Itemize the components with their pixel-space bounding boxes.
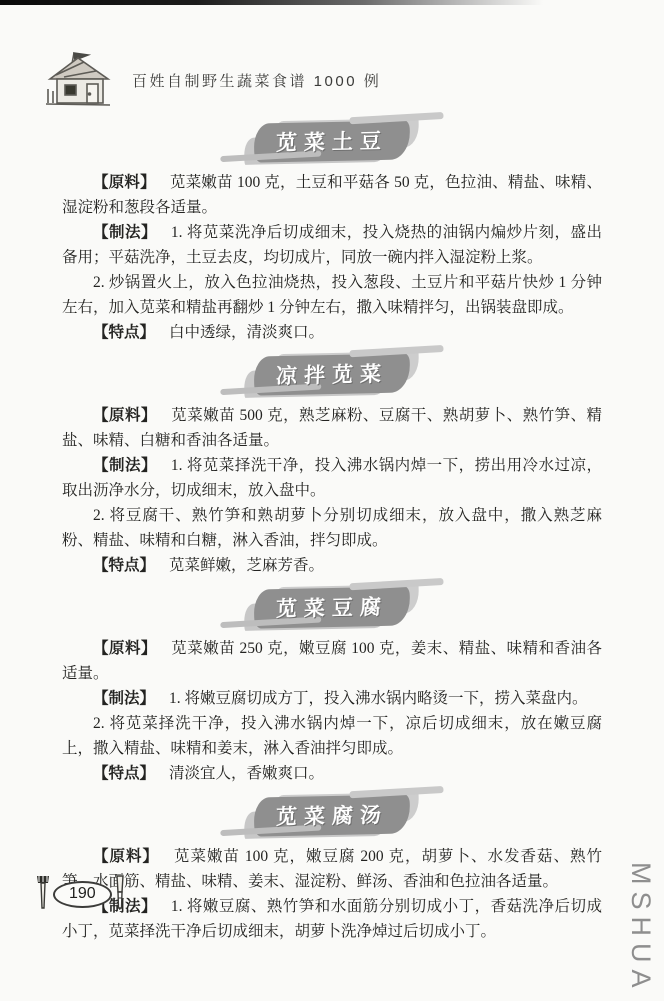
method-step-text: 1. 将嫩豆腐切成方丁，投入沸水锅内略烫一下，捞入菜盘内。 xyxy=(169,690,588,707)
watermark-text: MSHUA xyxy=(625,862,656,995)
features-text: 苋菜鲜嫩，芝麻芳香。 xyxy=(169,557,324,574)
knife-icon xyxy=(113,874,127,915)
ingredients-paragraph: 【原料】苋菜嫩苗 250 克，嫩豆腐 100 克，姜末、精盐、味精和香油各适量。 xyxy=(62,636,602,686)
features-label: 【特点】 xyxy=(93,557,155,574)
ingredients-paragraph: 【原料】苋菜嫩苗 100 克，嫩豆腐 200 克，胡萝卜、水发香菇、熟竹笋、水面… xyxy=(62,844,602,894)
book-title: 百姓自制野生蔬菜食谱 1000 例 xyxy=(132,70,381,91)
features-paragraph: 【特点】苋菜鲜嫩，芝麻芳香。 xyxy=(62,553,602,578)
method-step-paragraph: 2. 炒锅置火上，放入色拉油烧热，投入葱段、土豆片和平菇片快炒 1 分钟左右，加… xyxy=(62,270,602,320)
page-header: 百姓自制野生蔬菜食谱 1000 例 xyxy=(44,52,602,108)
page-content: 百姓自制野生蔬菜食谱 1000 例 苋菜土豆 【原料】苋菜嫩苗 100 克，土豆… xyxy=(62,52,602,944)
ingredients-label: 【原料】 xyxy=(93,848,159,865)
method-paragraph: 【制法】1. 将苋菜择洗干净，投入沸水锅内焯一下，捞出用冷水过凉，取出沥净水分，… xyxy=(62,453,602,503)
recipe-title-banner: 苋菜腐汤 xyxy=(62,796,602,836)
house-doodle-icon xyxy=(44,49,116,112)
features-label: 【特点】 xyxy=(93,324,155,341)
recipe-title-banner: 苋菜豆腐 xyxy=(62,588,602,628)
method-label: 【制法】 xyxy=(93,224,157,241)
recipe-title-banner: 凉拌苋菜 xyxy=(62,355,602,395)
ingredients-paragraph: 【原料】苋菜嫩苗 500 克，熟芝麻粉、豆腐干、熟胡萝卜、熟竹笋、精盐、味精、白… xyxy=(62,403,602,453)
recipe-title: 苋菜腐汤 xyxy=(276,799,389,831)
features-text: 白中透绿，清淡爽口。 xyxy=(169,324,324,341)
method-paragraph: 【制法】1. 将嫩豆腐切成方丁，投入沸水锅内略烫一下，捞入菜盘内。 xyxy=(62,686,602,711)
method-step-text: 2. 将豆腐干、熟竹笋和熟胡萝卜分别切成细末，放入盘中，撒入熟芝麻粉、精盐、味精… xyxy=(62,507,602,549)
recipe-title: 苋菜豆腐 xyxy=(276,591,389,623)
scan-artifact-top-line xyxy=(0,0,560,5)
method-step-paragraph: 2. 将豆腐干、熟竹笋和熟胡萝卜分别切成细末，放入盘中，撒入熟芝麻粉、精盐、味精… xyxy=(62,503,602,553)
features-text: 清淡宜人，香嫩爽口。 xyxy=(169,765,324,782)
method-step-text: 2. 炒锅置火上，放入色拉油烧热，投入葱段、土豆片和平菇片快炒 1 分钟左右，加… xyxy=(62,274,602,316)
features-label: 【特点】 xyxy=(93,765,155,782)
recipe-title: 苋菜土豆 xyxy=(276,125,389,157)
method-paragraph: 【制法】1. 将苋菜洗净后切成细末，投入烧热的油锅内煸炒片刻，盛出备用；平菇洗净… xyxy=(62,220,602,270)
method-step-text: 2. 将苋菜择洗干净，投入沸水锅内焯一下，凉后切成细末，放在嫩豆腐上，撒入精盐、… xyxy=(62,715,602,757)
ingredients-label: 【原料】 xyxy=(93,174,156,191)
method-label: 【制法】 xyxy=(93,690,155,707)
features-paragraph: 【特点】清淡宜人，香嫩爽口。 xyxy=(62,761,602,786)
recipe-title: 凉拌苋菜 xyxy=(276,358,389,390)
ingredients-label: 【原料】 xyxy=(93,640,157,657)
ingredients-label: 【原料】 xyxy=(93,407,157,424)
method-label: 【制法】 xyxy=(93,457,157,474)
method-paragraph: 【制法】1. 将嫩豆腐、熟竹笋和水面筋分别切成小丁，香菇洗净后切成小丁，苋菜择洗… xyxy=(62,894,602,944)
features-paragraph: 【特点】白中透绿，清淡爽口。 xyxy=(62,320,602,345)
page-number: 190 xyxy=(53,881,112,908)
fork-icon xyxy=(34,874,52,915)
ingredients-paragraph: 【原料】苋菜嫩苗 100 克，土豆和平菇各 50 克，色拉油、精盐、味精、湿淀粉… xyxy=(62,170,602,220)
recipe-title-banner: 苋菜土豆 xyxy=(62,122,602,162)
scanned-book-page: 百姓自制野生蔬菜食谱 1000 例 苋菜土豆 【原料】苋菜嫩苗 100 克，土豆… xyxy=(0,0,664,1001)
method-step-paragraph: 2. 将苋菜择洗干净，投入沸水锅内焯一下，凉后切成细末，放在嫩豆腐上，撒入精盐、… xyxy=(62,711,602,761)
page-footer: 190 xyxy=(34,874,127,915)
